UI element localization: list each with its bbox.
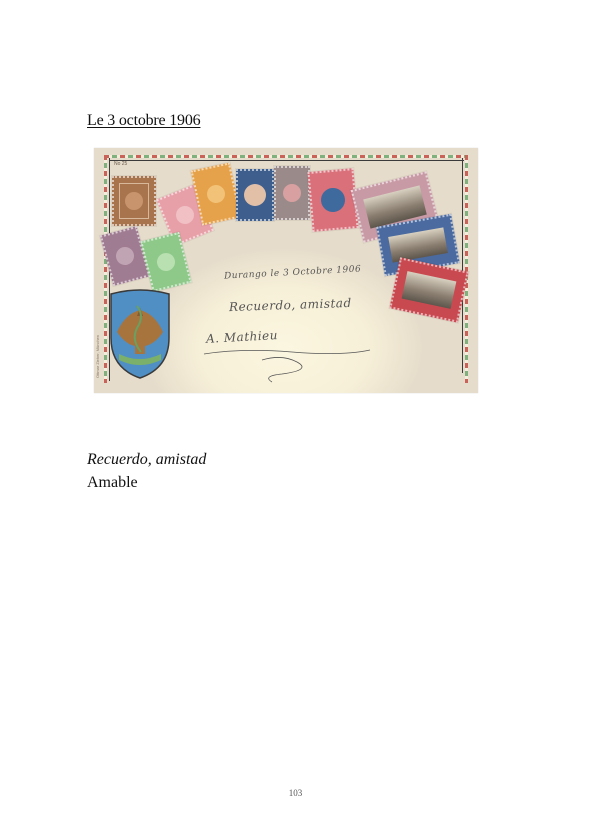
- signature-text: Amable: [87, 474, 138, 492]
- stamp-grey: [274, 166, 310, 220]
- tricolor-border-right: [465, 155, 468, 383]
- date-heading: Le 3 octobre 1906: [87, 112, 200, 130]
- signature-flourish-icon: [202, 344, 372, 384]
- border-line: [462, 158, 463, 373]
- postcard-image: No 25 Ottmar Zieher, München: [94, 148, 478, 393]
- tricolor-border-top: [104, 155, 468, 158]
- page-number: 103: [0, 788, 591, 798]
- publisher-imprint: Ottmar Zieher, München: [95, 335, 100, 378]
- card-number: No 25: [114, 161, 127, 167]
- border-line: [109, 160, 464, 161]
- stamp-brown: [112, 176, 156, 226]
- coat-of-arms-icon: [107, 288, 173, 380]
- caption-text: Recuerdo, amistad: [87, 451, 206, 469]
- stamp-red-blue: [307, 168, 358, 232]
- stamp-blue-medallion: [236, 169, 274, 221]
